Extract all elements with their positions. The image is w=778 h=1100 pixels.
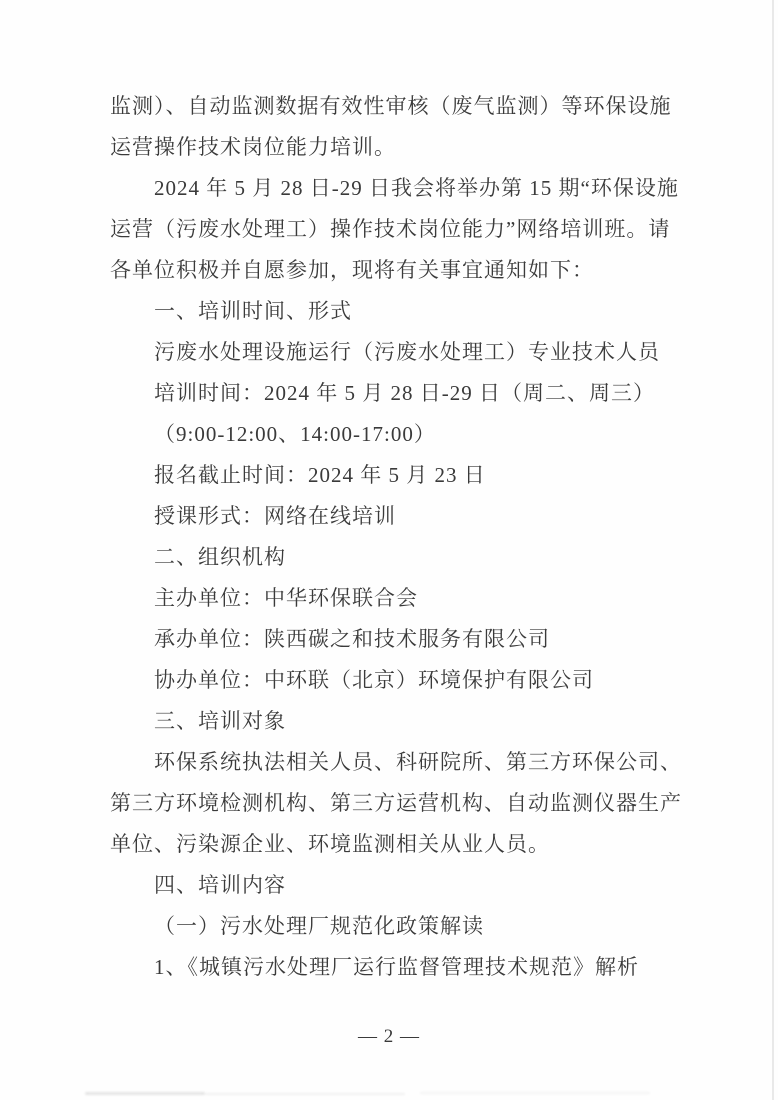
- text-line: 第三方环境检测机构、第三方运营机构、自动监测仪器生产: [110, 783, 690, 824]
- document-page: 监测）、自动监测数据有效性审核（废气监测）等环保设施 运营操作技术岗位能力培训。…: [0, 0, 778, 1100]
- text-line: 监测）、自动监测数据有效性审核（废气监测）等环保设施: [110, 86, 690, 127]
- text-line: 运营操作技术岗位能力培训。: [110, 127, 690, 168]
- scan-edge-artifact: [772, 0, 774, 1100]
- text-line: 承办单位：陕西碳之和技术服务有限公司: [110, 619, 690, 660]
- page-number: — 2 —: [0, 1016, 778, 1057]
- text-line: 授课形式：网络在线培训: [110, 496, 690, 537]
- scan-smudge-artifact: [420, 1092, 650, 1094]
- text-line: 污废水处理设施运行（污废水处理工）专业技术人员: [110, 332, 690, 373]
- text-line: 单位、污染源企业、环境监测相关从业人员。: [110, 824, 690, 865]
- text-line: 运营（污废水处理工）操作技术岗位能力”网络培训班。请: [110, 209, 690, 250]
- text-line: 报名截止时间：2024 年 5 月 23 日: [110, 455, 690, 496]
- text-line: 1、《城镇污水处理厂运行监督管理技术规范》解析: [110, 947, 690, 988]
- text-line: 协办单位：中环联（北京）环境保护有限公司: [110, 660, 690, 701]
- text-line: （9:00-12:00、14:00-17:00）: [110, 414, 690, 455]
- text-line: 培训时间：2024 年 5 月 28 日-29 日（周二、周三）: [110, 373, 690, 414]
- text-line: 2024 年 5 月 28 日-29 日我会将举办第 15 期“环保设施: [110, 168, 690, 209]
- section-heading: 三、培训对象: [110, 701, 690, 742]
- text-line: 各单位积极并自愿参加，现将有关事宜通知如下：: [110, 250, 690, 291]
- section-heading: 四、培训内容: [110, 865, 690, 906]
- section-heading: 二、组织机构: [110, 537, 690, 578]
- text-line: （一）污水处理厂规范化政策解读: [110, 906, 690, 947]
- text-line: 环保系统执法相关人员、科研院所、第三方环保公司、: [110, 742, 690, 783]
- scan-smudge-artifact: [205, 1093, 405, 1095]
- document-body: 监测）、自动监测数据有效性审核（废气监测）等环保设施 运营操作技术岗位能力培训。…: [110, 86, 690, 988]
- text-line: 主办单位：中华环保联合会: [110, 578, 690, 619]
- section-heading: 一、培训时间、形式: [110, 291, 690, 332]
- scan-smudge-artifact: [85, 1092, 205, 1095]
